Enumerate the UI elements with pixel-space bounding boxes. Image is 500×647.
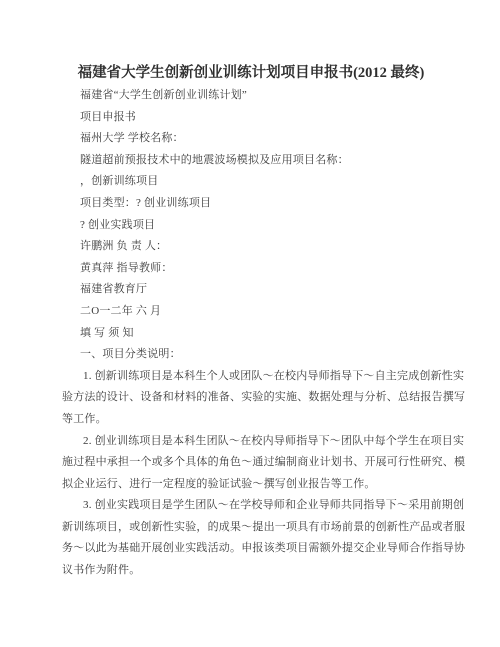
notice-paragraph-line: 拟企业运行、进行一定程度的验证试验～撰写创业报告等工作。 — [62, 474, 440, 496]
header-line: 项目类型：? 创业训练项目 — [62, 193, 440, 215]
header-section: 福建省“大学生创新创业训练计划”项目申报书福州大学 学校名称：隧道超前预报技术中… — [62, 85, 440, 366]
header-line: ，创新训练项目 — [62, 171, 440, 193]
header-line: 福州大学 学校名称： — [62, 128, 440, 150]
notice-paragraph-line: 验方法的设计、设备和材料的准备、实验的实施、数据处理与分析、总结报告撰写 — [62, 387, 440, 409]
document-title: 福建省大学生创新创业训练计划项目申报书(2012 最终) — [62, 62, 440, 84]
header-line: 一、项目分类说明： — [62, 344, 440, 366]
header-line: 二O一二年 六 月 — [62, 301, 440, 323]
notice-paragraph-line: 2. 创业训练项目是本科生团队～在校内导师指导下～团队中每个学生在项目实 — [62, 431, 440, 453]
notice-paragraph-line: 3. 创业实践项目是学生团队～在学校导师和企业导师共同指导下～采用前期创 — [62, 495, 440, 517]
header-line: 隧道超前预报技术中的地震波场模拟及应用项目名称： — [62, 150, 440, 172]
document-page: 福建省大学生创新创业训练计划项目申报书(2012 最终) 福建省“大学生创新创业… — [0, 0, 500, 647]
notice-paragraph-line: 等工作。 — [62, 409, 440, 431]
notice-paragraph-line: 新训练项目，或创新性实验，的成果～提出一项具有市场前景的创新性产品或者服 — [62, 517, 440, 539]
header-line: 许鹏洲 负 责 人： — [62, 236, 440, 258]
notice-paragraph-line: 施过程中承担一个或多个具体的角色～通过编制商业计划书、开展可行性研究、模 — [62, 452, 440, 474]
header-line: 项目申报书 — [62, 107, 440, 129]
notice-paragraph-line: 务～以此为基础开展创业实践活动。申报该类项目需额外提交企业导师合作指导协 — [62, 538, 440, 560]
notice-section: 1. 创新训练项目是本科生个人或团队～在校内导师指导下～自主完成创新性实验方法的… — [62, 366, 440, 582]
header-line: 黄真萍 指导教师： — [62, 258, 440, 280]
notice-paragraph-line: 议书作为附件。 — [62, 560, 440, 582]
document-content: 福建省大学生创新创业训练计划项目申报书(2012 最终) 福建省“大学生创新创业… — [62, 62, 440, 582]
header-line: 福建省教育厅 — [62, 279, 440, 301]
header-line: ? 创业实践项目 — [62, 215, 440, 237]
header-line: 填 写 须 知 — [62, 323, 440, 345]
header-line: 福建省“大学生创新创业训练计划” — [62, 85, 440, 107]
notice-paragraph-line: 1. 创新训练项目是本科生个人或团队～在校内导师指导下～自主完成创新性实 — [62, 366, 440, 388]
